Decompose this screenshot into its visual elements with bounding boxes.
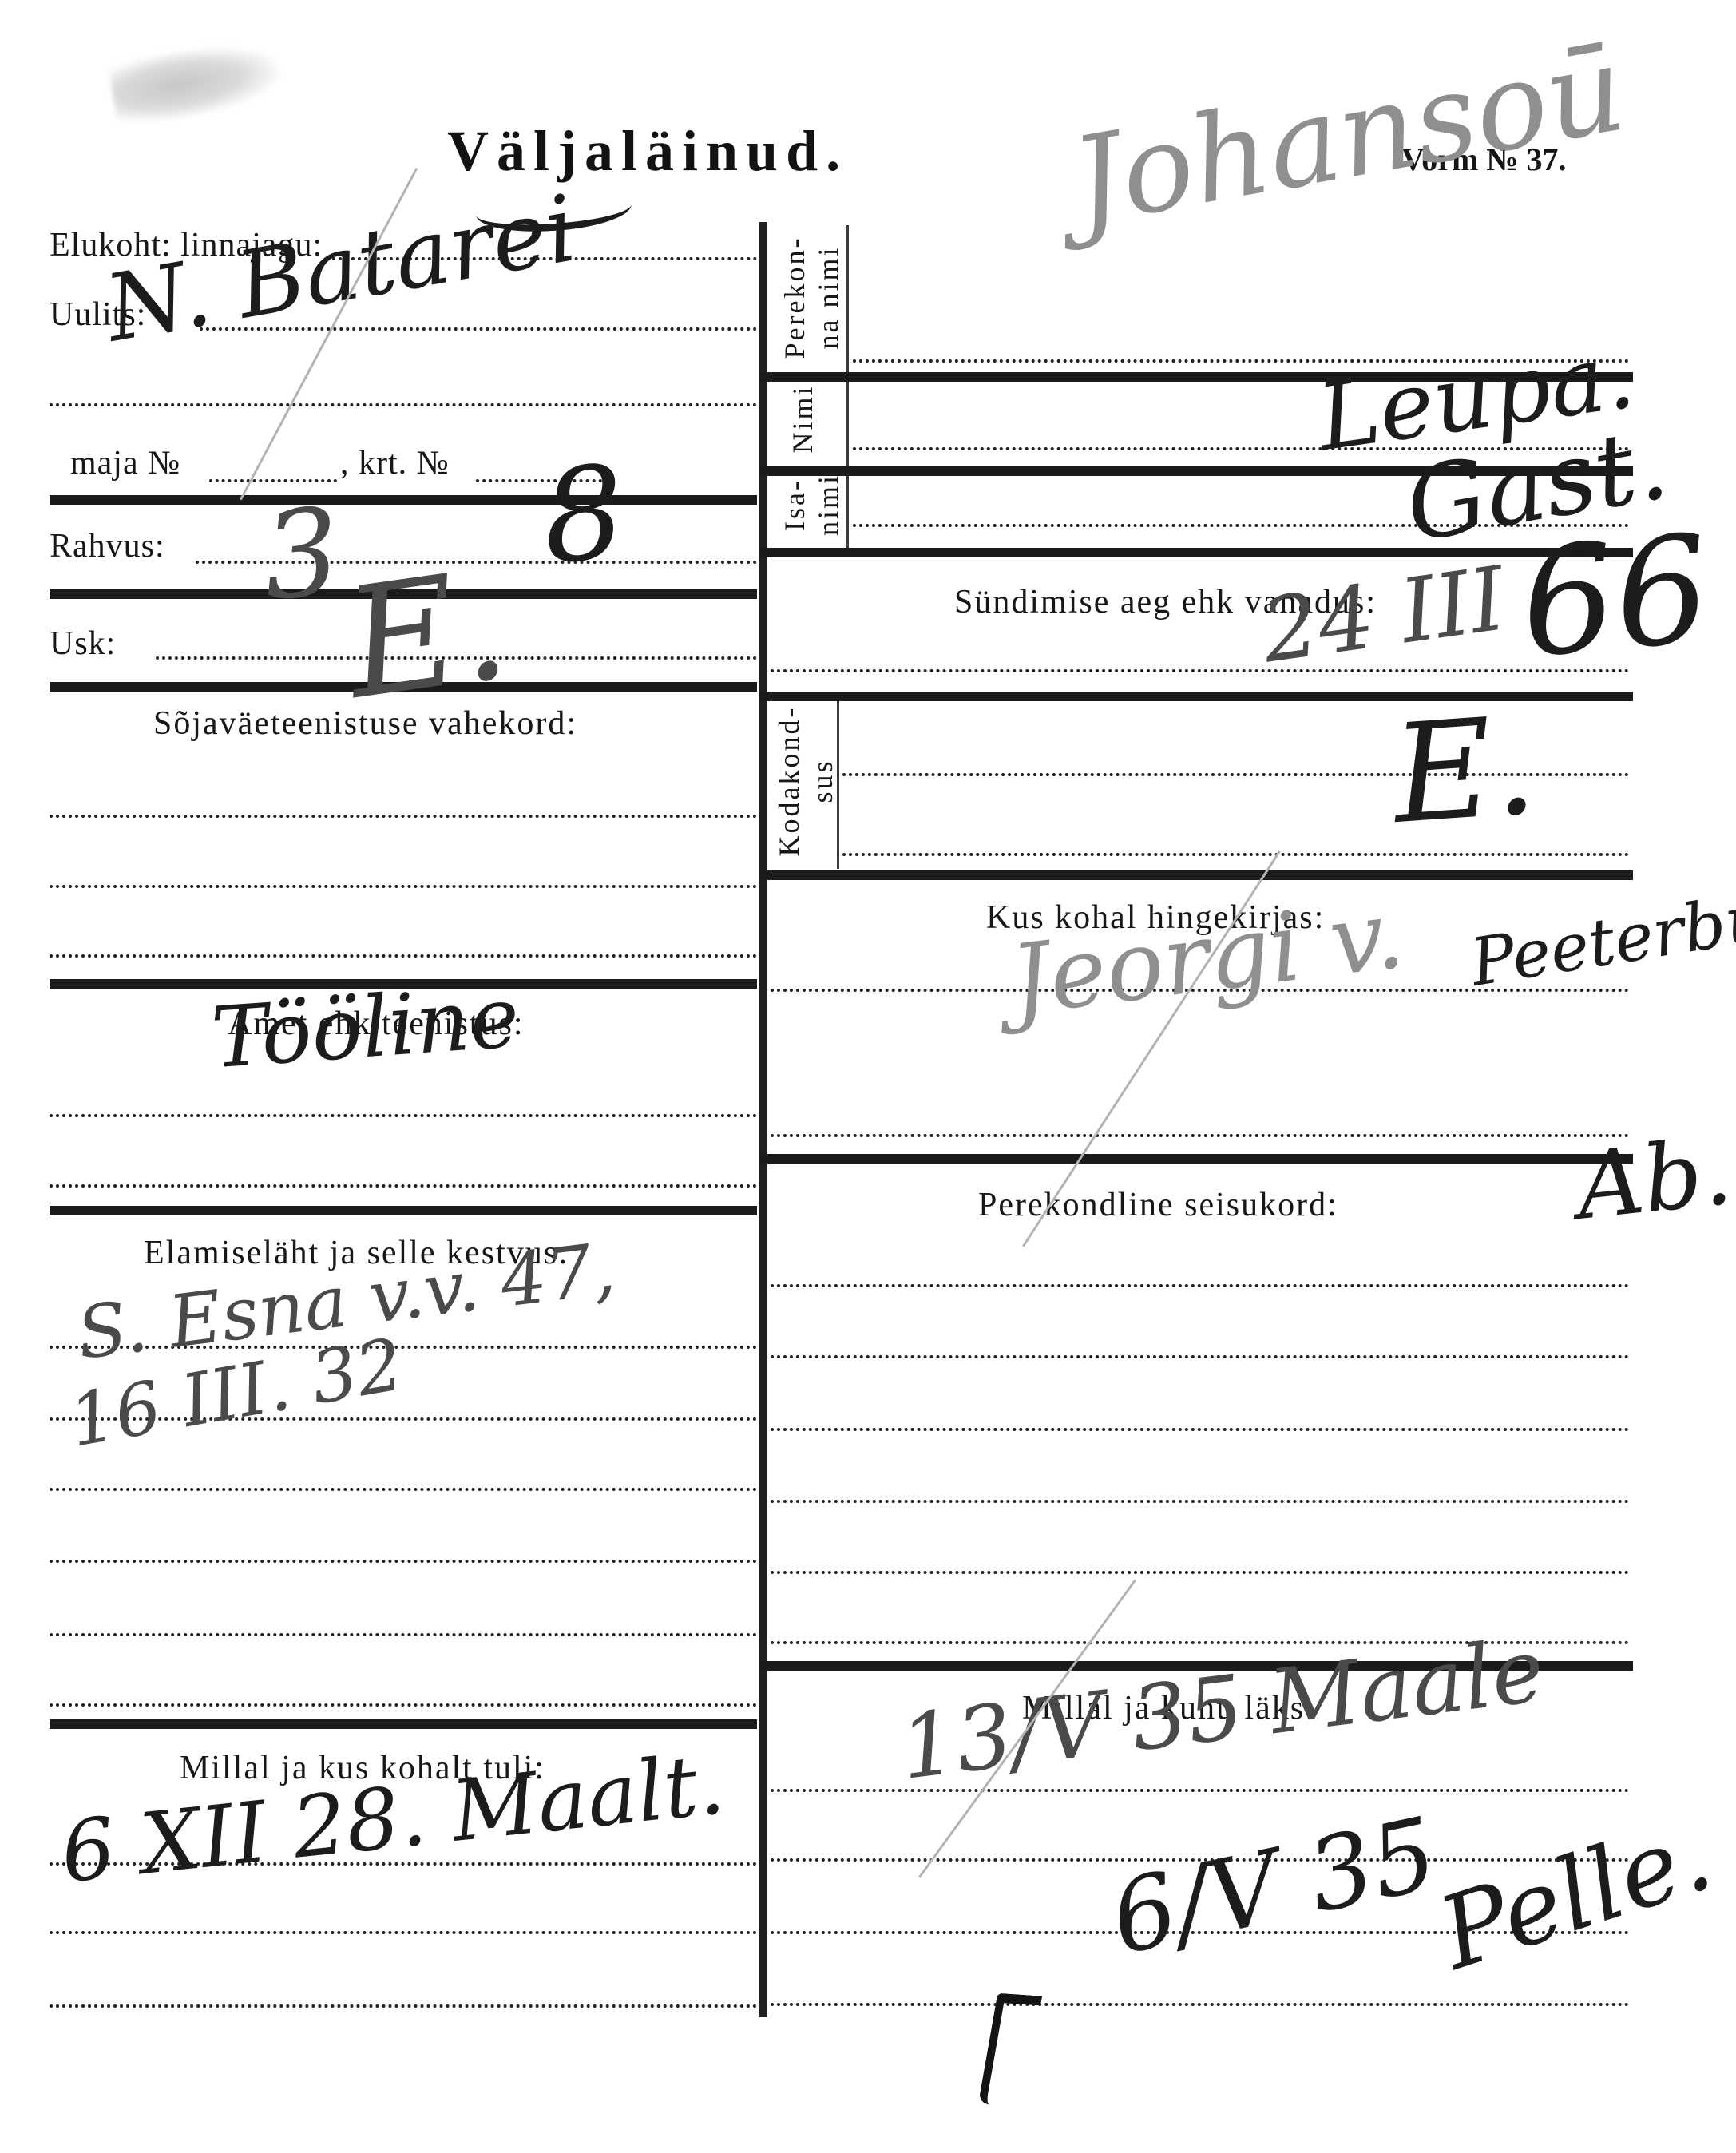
section-rule	[760, 1154, 1633, 1164]
dotted-line	[50, 1184, 757, 1188]
dotted-line	[50, 1114, 757, 1117]
handwriting-sundimise-aeg: 24 III	[1257, 554, 1511, 675]
section-rule	[50, 1206, 757, 1215]
registration-card: Väljaläinud. Vorm № 37. Elukoht: linnaja…	[0, 0, 1736, 2153]
section-label-perekondline: Perekondline seisukord:	[978, 1186, 1338, 1224]
section-rule	[50, 1719, 757, 1729]
dotted-line	[50, 954, 757, 958]
dotted-line	[50, 2004, 757, 2008]
field-label-maja-nr: maja №	[70, 444, 180, 482]
dotted-line	[842, 853, 1629, 856]
dotted-line	[50, 1633, 757, 1636]
dotted-line	[771, 669, 1629, 672]
dotted-line	[50, 885, 757, 888]
dotted-line	[50, 1931, 757, 1934]
handwriting-millal-laks-1: 13/V 35 Maale	[895, 1626, 1548, 1792]
vertical-label-nimi: Nimi	[787, 381, 820, 457]
dotted-line	[50, 1488, 757, 1491]
dotted-line	[771, 2003, 1629, 2006]
dotted-line	[50, 1560, 757, 1563]
dotted-line	[771, 1284, 1629, 1287]
dotted-line	[209, 479, 337, 482]
label-cell-divider	[846, 225, 849, 549]
vertical-label-perekonnanimi: Perekon- na nimi	[779, 232, 846, 363]
field-label-rahvus: Rahvus:	[50, 527, 165, 565]
handwriting-signature: Pelle.	[1429, 1805, 1722, 1985]
dotted-line	[50, 1703, 757, 1707]
dotted-line	[771, 1428, 1629, 1431]
field-label-krt-nr: , krt. №	[340, 444, 450, 482]
field-label-usk: Usk:	[50, 624, 116, 663]
handwriting-maja-nr: 3	[259, 492, 345, 618]
ink-mark	[978, 1993, 1042, 2107]
column-divider	[759, 222, 767, 2017]
handwriting-perekondline: Ab.	[1573, 1126, 1736, 1234]
handwriting-amet: Tööline	[209, 976, 522, 1081]
dotted-line	[771, 1500, 1629, 1503]
dotted-line	[771, 1355, 1629, 1358]
page-title: Väljaläinud.	[447, 118, 848, 184]
handwriting-krt-nr: 8	[537, 448, 629, 582]
handwriting-sundimise-aasta: 66	[1515, 515, 1715, 679]
faded-stamp	[108, 37, 283, 128]
vertical-label-kodakondsus: Kodakond- sus	[773, 701, 840, 861]
dotted-line	[771, 1571, 1629, 1574]
dotted-line	[771, 1134, 1629, 1137]
handwriting-rahvus: E.	[338, 549, 517, 721]
dotted-line	[50, 403, 757, 406]
section-rule	[50, 495, 757, 505]
vertical-label-isanimi: Isa- nimi	[779, 473, 846, 537]
handwriting-millal-laks-2: 6/V 35	[1103, 1804, 1445, 1970]
handwriting-kodakondsus: E.	[1389, 698, 1540, 843]
dotted-line	[50, 815, 757, 818]
handwriting-perekonnanimi: Johansoū	[1064, 29, 1632, 244]
section-rule	[760, 870, 1633, 880]
dotted-line	[771, 1789, 1629, 1792]
handwriting-hingekirjas-ink: Peeterburg	[1466, 874, 1736, 997]
